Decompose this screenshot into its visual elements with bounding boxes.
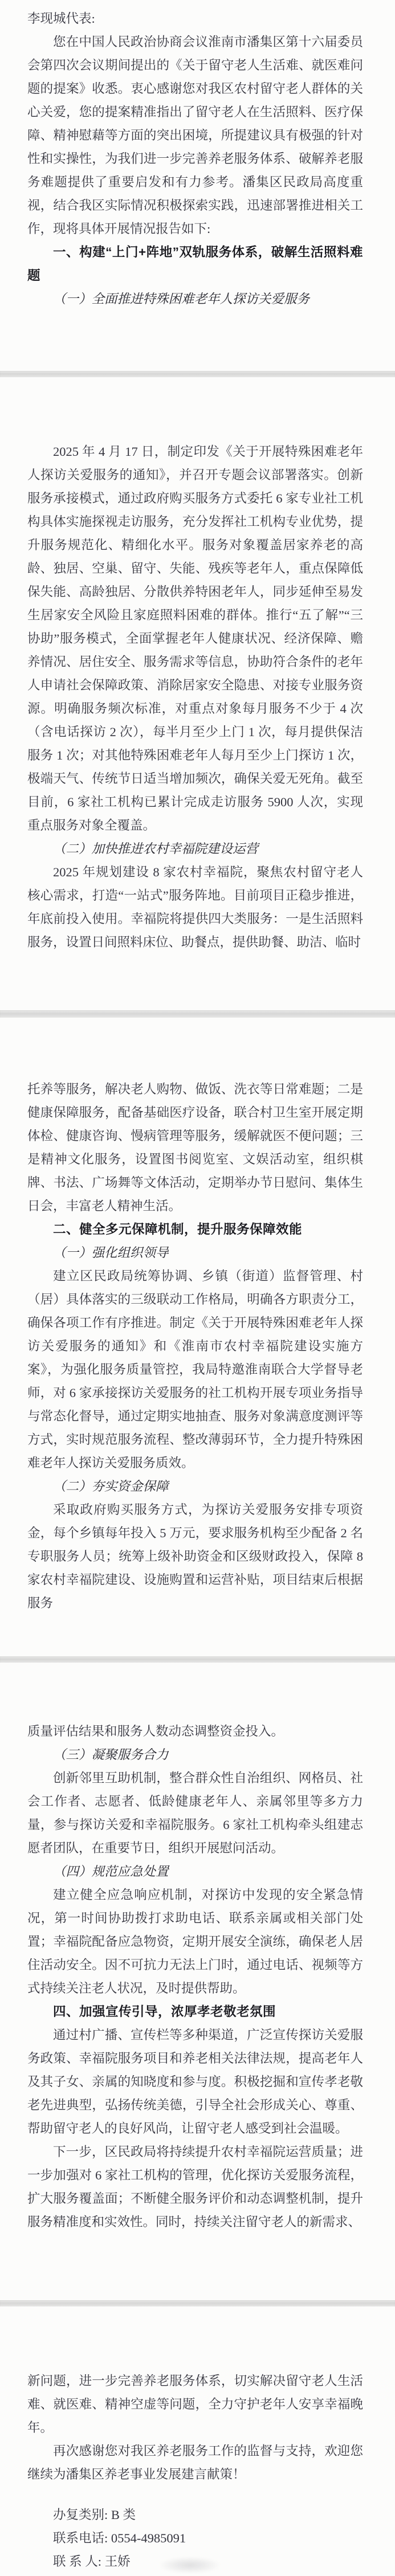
subsection-heading: （二）加快推进农村幸福院建设运营 (27, 837, 363, 860)
document-page: 新问题，进一步完善养老服务体系，切实解决留守老人生活难、就医难、精神空虚等问题，… (0, 2306, 395, 2576)
page-separator (0, 2300, 395, 2306)
paragraph: 再次感谢您对我区养老服务工作的监督与支持，欢迎您继续为潘集区养老事业发展建言献策… (27, 2439, 363, 2486)
paragraph: 建立区民政局统筹协调、乡镇（街道）监督管理、村（居）具体落实的三级联动工作格局，… (27, 1264, 363, 1475)
paragraph: 建立健全应急响应机制，对探访中发现的安全紧急情况，第一时间协助拨打求助电话、联系… (27, 1883, 363, 2000)
paragraph: 2025 年 4 月 17 日，制定印发《关于开展特殊困难老年人探访关爱服务的通… (27, 440, 363, 837)
spacer (27, 2486, 363, 2503)
paragraph: 下一步，区民政局将持续提升农村幸福院运营质量；进一步加强对 6 家社工机构的管理… (27, 2140, 363, 2234)
subsection-heading: （四）规范应急处置 (27, 1860, 363, 1883)
paragraph: 通过村广播、宣传栏等多种渠道，广泛宣传探访关爱服务政策、幸福院服务项目和养老相关… (27, 2023, 363, 2140)
salutation-line: 李现城代表: (27, 7, 363, 30)
contact-line: 联系电话: 0554-4985091 (27, 2526, 363, 2550)
section-heading: 二、健全多元保障机制，提升服务保障效能 (27, 1218, 363, 1241)
paragraph-continuation: 新问题，进一步完善养老服务体系，切实解决留守老人生活难、就医难、精神空虚等问题，… (27, 2369, 363, 2439)
paragraph: 您在中国人民政治协商会议淮南市潘集区第十六届委员会第四次会议期间提出的《关于留守… (27, 30, 363, 240)
section-heading: 四、加强宣传引导，浓厚孝老敬老氛围 (27, 2000, 363, 2023)
paragraph-continuation: 质量评估结果和服务人数动态调整资金投入。 (27, 1720, 363, 1743)
subsection-heading: （三）凝聚服务合力 (27, 1743, 363, 1766)
page-separator (0, 371, 395, 377)
document-scan: 李现城代表:您在中国人民政治协商会议淮南市潘集区第十六届委员会第四次会议期间提出… (0, 0, 395, 2576)
contact-line: 办复类别: B 类 (27, 2503, 363, 2526)
contact-line: 联 系 人: 王娇 (27, 2550, 363, 2573)
paragraph: 创新邻里互助机制，整合群众性自治组织、网格员、社会工作者、志愿者、低龄健康老年人… (27, 1766, 363, 1860)
document-page: 李现城代表:您在中国人民政治协商会议淮南市潘集区第十六届委员会第四次会议期间提出… (0, 0, 395, 371)
document-page: 质量评估结果和服务人数动态调整资金投入。（三）凝聚服务合力创新邻里互助机制，整合… (0, 1663, 395, 2300)
page-separator (0, 1010, 395, 1018)
paragraph: 2025 年规划建设 8 家农村幸福院，聚焦农村留守老人核心需求，打造“一站式”… (27, 860, 363, 954)
subsection-heading: （一）强化组织领导 (27, 1241, 363, 1264)
paragraph-continuation: 托养等服务，解决老人购物、做饭、洗衣等日常难题；二是健康保障服务，配备基础医疗设… (27, 1077, 363, 1218)
subsection-heading: （二）夯实资金保障 (27, 1475, 363, 1498)
document-page: 托养等服务，解决老人购物、做饭、洗衣等日常难题；二是健康保障服务，配备基础医疗设… (0, 1018, 395, 1656)
page-separator (0, 1656, 395, 1663)
document-page: 2025 年 4 月 17 日，制定印发《关于开展特殊困难老年人探访关爱服务的通… (0, 377, 395, 1010)
section-heading: 一、构建“上门+阵地”双轨服务体系，破解生活照料难题 (27, 240, 363, 287)
subsection-heading: （一）全面推进特殊困难老年人探访关爱服务 (27, 287, 363, 311)
paragraph: 采取政府购买服务方式，为探访关爱服务安排专项资金，每个乡镇每年投入 5 万元，要… (27, 1498, 363, 1615)
